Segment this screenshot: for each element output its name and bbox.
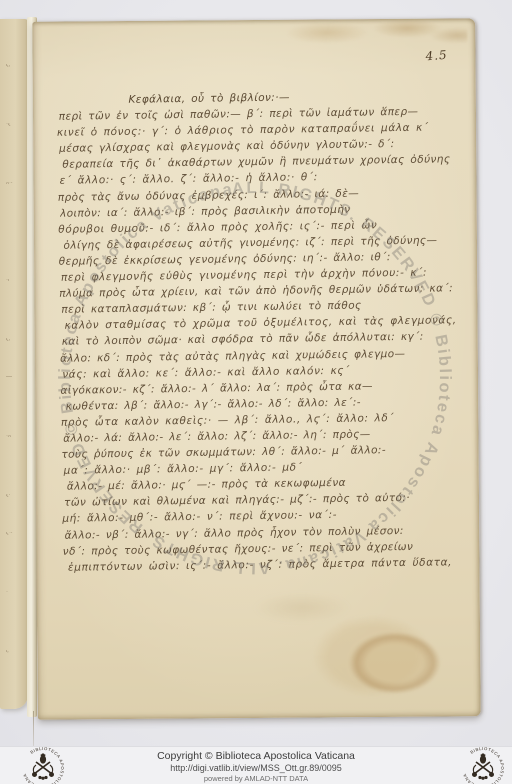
ink-showthrough-mark: — (6, 376, 20, 379)
footer-powered-by: powered by AMLAD-NTT DATA (0, 774, 512, 783)
ink-showthrough-mark: · (6, 591, 20, 594)
manuscript-text-block: Κεφάλαια, οὗ τὸ βιβλίον:·—περὶ τῶν ἐν το… (56, 87, 465, 575)
ink-showthrough-mark: ¨ (6, 220, 20, 223)
previous-leaf-edge: ς,·ξλ~¨·ιζ,—·λξ·ς~·ι, (0, 19, 28, 709)
ink-showthrough-mark: ·ι (6, 279, 20, 282)
vatican-library-emblem-left: BIBLIOTECA APOSTOLICA VATICANA (20, 745, 66, 784)
folio-number: 4.5 (425, 48, 448, 64)
water-stain (312, 610, 463, 711)
ink-showthrough-mark: ·λ (6, 435, 20, 438)
crossed-keys-tiara-icon (473, 754, 494, 779)
ink-showthrough-mark: λ~ (6, 182, 20, 185)
manuscript-page: 4.5 Κεφάλαια, οὗ τὸ βιβλίον:·—περὶ τῶν ἐ… (32, 18, 480, 719)
footer-copyright: Copyright © Biblioteca Apostolica Vatica… (0, 747, 512, 762)
vatican-library-emblem-right: BIBLIOTECA APOSTOLICA VATICANA (460, 745, 506, 784)
ink-showthrough-mark: ξ· (6, 494, 20, 497)
ink-showthrough-mark: ς~ (6, 532, 20, 535)
footer-caption-bar: Copyright © Biblioteca Apostolica Vatica… (0, 746, 512, 784)
ink-showthrough-mark: ς, (6, 64, 20, 67)
footer-url: http://digi.vatlib.it/view/MSS_Ott.gr.89… (0, 763, 512, 773)
ink-showthrough-mark: ι, (6, 650, 20, 653)
binding-thread (33, 711, 34, 749)
ink-showthrough-mark: ·ξ (6, 123, 20, 126)
ink-showthrough-mark: ζ, (6, 338, 20, 341)
crossed-keys-tiara-icon (33, 754, 54, 779)
